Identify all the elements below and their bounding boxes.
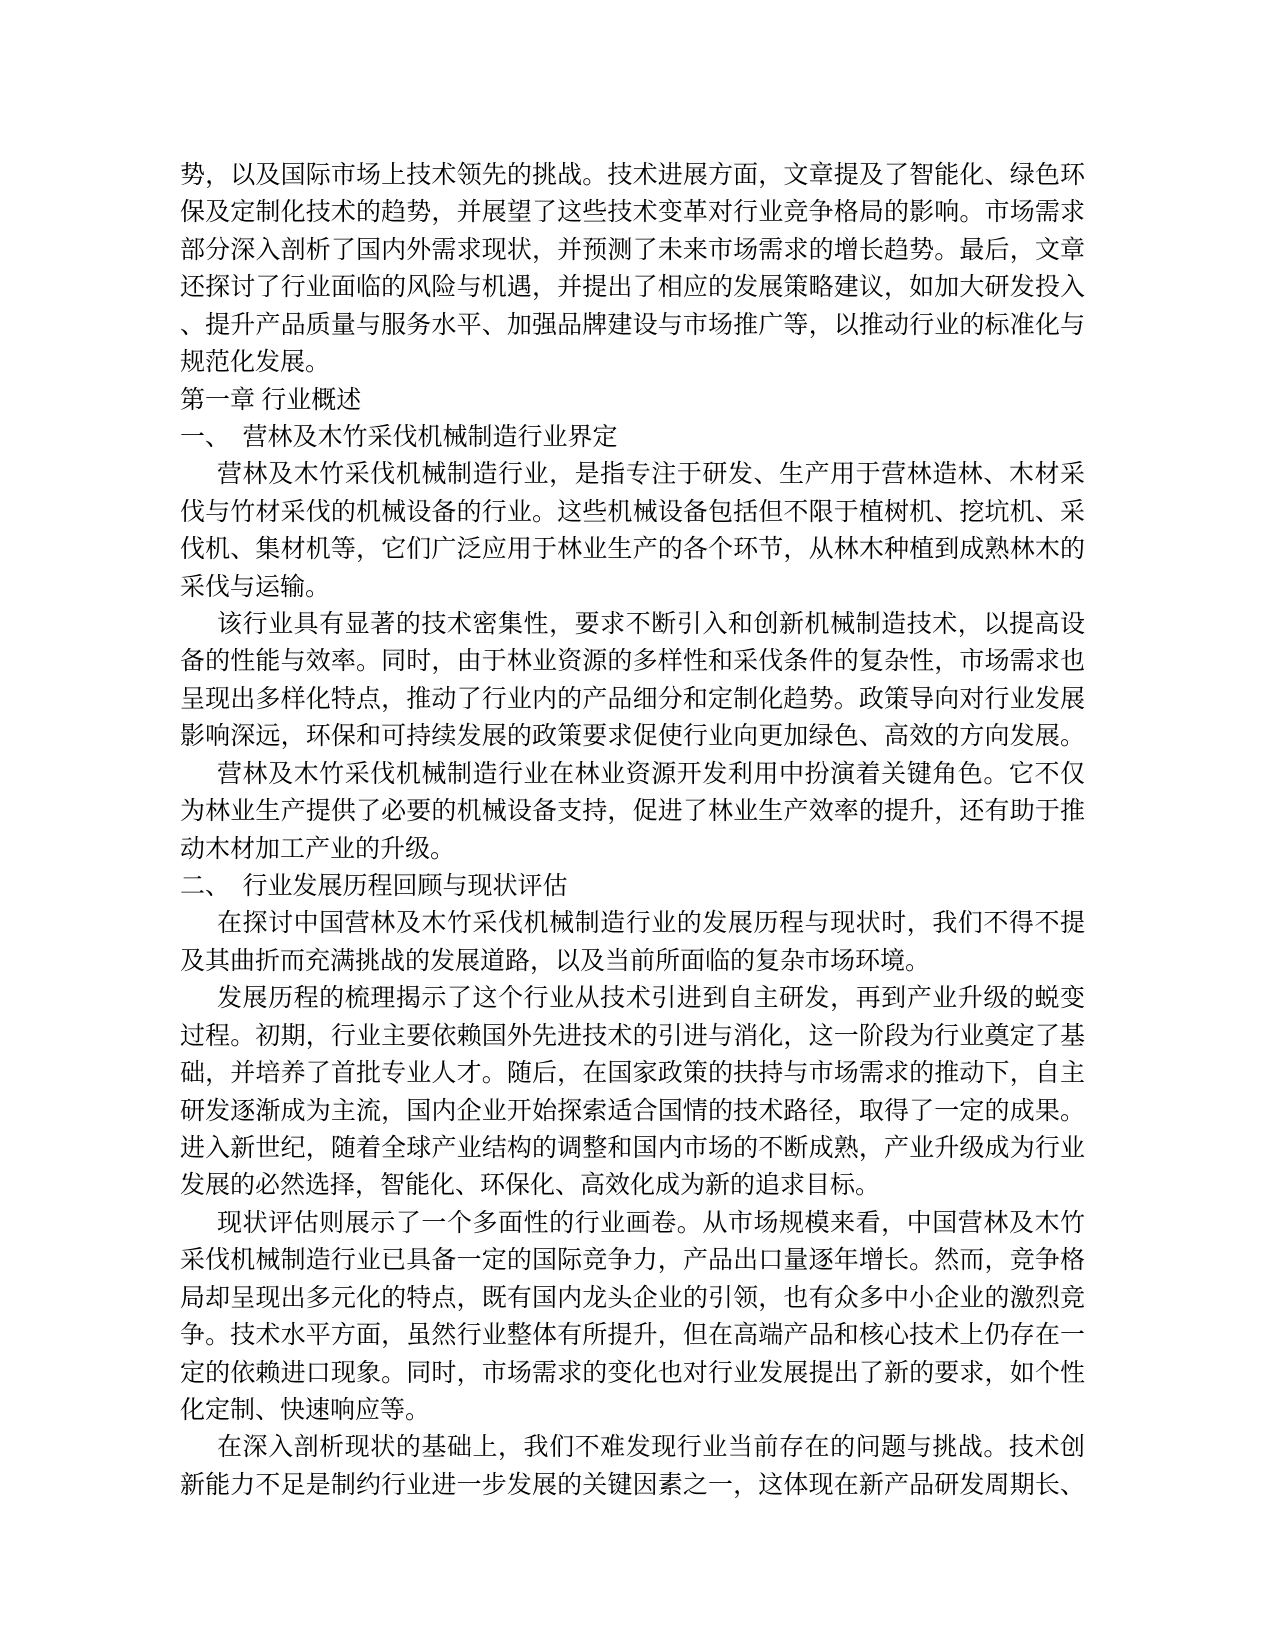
- body-text-line: 营林及木竹采伐机械制造行业在林业资源开发利用中扮演着关键角色。它不仅: [180, 756, 1085, 793]
- document-page: 势，以及国际市场上技术领先的挑战。技术进展方面，文章提及了智能化、绿色环保及定制…: [0, 0, 1275, 1650]
- body-text-line: 化定制、快速响应等。: [180, 1392, 1085, 1429]
- body-text-line: 采伐机械制造行业已具备一定的国际竞争力，产品出口量逐年增长。然而，竞争格: [180, 1242, 1085, 1279]
- body-text-line: 进入新世纪，随着全球产业结构的调整和国内市场的不断成熟，产业升级成为行业: [180, 1130, 1085, 1167]
- body-text-line: 伐与竹材采伐的机械设备的行业。这些机械设备包括但不限于植树机、挖坑机、采: [180, 494, 1085, 531]
- body-text-line: 在深入剖析现状的基础上，我们不难发现行业当前存在的问题与挑战。技术创: [180, 1429, 1085, 1466]
- body-text-line: 伐机、集材机等，它们广泛应用于林业生产的各个环节，从林木种植到成熟林木的: [180, 531, 1085, 568]
- body-text-line: 局却呈现出多元化的特点，既有国内龙头企业的引领，也有众多中小企业的激烈竞: [180, 1280, 1085, 1317]
- body-text-line: 础，并培养了首批专业人才。随后，在国家政策的扶持与市场需求的推动下，自主: [180, 1055, 1085, 1092]
- heading-line: 二、 行业发展历程回顾与现状评估: [180, 868, 1085, 905]
- body-text-line: 该行业具有显著的技术密集性，要求不断引入和创新机械制造技术，以提高设: [180, 606, 1085, 643]
- body-text-line: 新能力不足是制约行业进一步发展的关键因素之一，这体现在新产品研发周期长、: [180, 1467, 1085, 1504]
- body-text-line: 采伐与运输。: [180, 569, 1085, 606]
- body-text-line: 营林及木竹采伐机械制造行业，是指专注于研发、生产用于营林造林、木材采: [180, 456, 1085, 493]
- body-text-line: 研发逐渐成为主流，国内企业开始探索适合国情的技术路径，取得了一定的成果。: [180, 1093, 1085, 1130]
- body-text-line: 发展历程的梳理揭示了这个行业从技术引进到自主研发，再到产业升级的蜕变: [180, 980, 1085, 1017]
- body-text-line: 动木材加工产业的升级。: [180, 831, 1085, 868]
- body-text-line: 发展的必然选择，智能化、环保化、高效化成为新的追求目标。: [180, 1167, 1085, 1204]
- body-text-line: 及其曲折而充满挑战的发展道路，以及当前所面临的复杂市场环境。: [180, 943, 1085, 980]
- body-text-line: 为林业生产提供了必要的机械设备支持，促进了林业生产效率的提升，还有助于推: [180, 793, 1085, 830]
- body-text-line: 、提升产品质量与服务水平、加强品牌建设与市场推广等，以推动行业的标准化与: [180, 307, 1085, 344]
- body-text-line: 影响深远，环保和可持续发展的政策要求促使行业向更加绿色、高效的方向发展。: [180, 718, 1085, 755]
- body-text-line: 保及定制化技术的趋势，并展望了这些技术变革对行业竞争格局的影响。市场需求: [180, 194, 1085, 231]
- body-text-line: 还探讨了行业面临的风险与机遇，并提出了相应的发展策略建议，如加大研发投入: [180, 269, 1085, 306]
- body-text-line: 规范化发展。: [180, 344, 1085, 381]
- heading-line: 第一章 行业概述: [180, 382, 1085, 419]
- body-text-line: 备的性能与效率。同时，由于林业资源的多样性和采伐条件的复杂性，市场需求也: [180, 643, 1085, 680]
- body-text-line: 定的依赖进口现象。同时，市场需求的变化也对行业发展提出了新的要求，如个性: [180, 1355, 1085, 1392]
- body-text-line: 部分深入剖析了国内外需求现状，并预测了未来市场需求的增长趋势。最后，文章: [180, 232, 1085, 269]
- body-text-line: 呈现出多样化特点，推动了行业内的产品细分和定制化趋势。政策导向对行业发展: [180, 681, 1085, 718]
- body-text-line: 现状评估则展示了一个多面性的行业画卷。从市场规模来看，中国营林及木竹: [180, 1205, 1085, 1242]
- body-text-line: 在探讨中国营林及木竹采伐机械制造行业的发展历程与现状时，我们不得不提: [180, 905, 1085, 942]
- body-text-line: 势，以及国际市场上技术领先的挑战。技术进展方面，文章提及了智能化、绿色环: [180, 157, 1085, 194]
- heading-line: 一、 营林及木竹采伐机械制造行业界定: [180, 419, 1085, 456]
- body-text-line: 过程。初期，行业主要依赖国外先进技术的引进与消化，这一阶段为行业奠定了基: [180, 1018, 1085, 1055]
- document-text-block: 势，以及国际市场上技术领先的挑战。技术进展方面，文章提及了智能化、绿色环保及定制…: [180, 157, 1085, 1504]
- body-text-line: 争。技术水平方面，虽然行业整体有所提升，但在高端产品和核心技术上仍存在一: [180, 1317, 1085, 1354]
